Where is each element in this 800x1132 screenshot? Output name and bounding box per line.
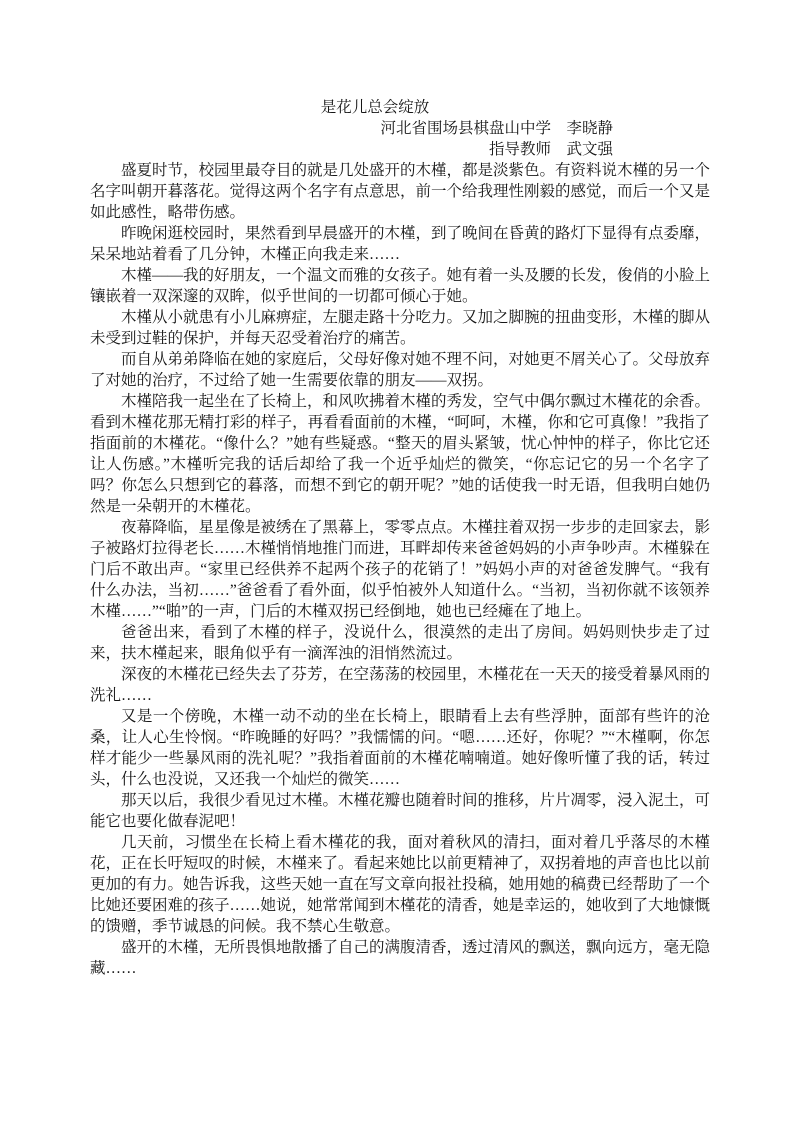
paragraph: 盛开的木槿，无所畏惧地散播了自己的满腹清香，透过清风的飘送，飘向远方，毫无隐藏……: [90, 937, 710, 979]
paragraph: 木槿陪我一起坐在了长椅上，和风吹拂着木槿的秀发，空气中偶尔飘过木槿花的余香。看到…: [90, 391, 710, 517]
essay-title: 是花儿总会绽放: [90, 97, 710, 118]
paragraph: 木槿——我的好朋友，一个温文而雅的女孩子。她有着一头及腰的长发，俊俏的小脸上镶嵌…: [90, 265, 710, 307]
paragraph: 爸爸出来，看到了木槿的样子，没说什么，很漠然的走出了房间。妈妈则快步走了过来，扶…: [90, 622, 710, 664]
paragraph: 深夜的木槿花已经失去了芬芳，在空荡荡的校园里，木槿花在一天天的接受着暴风雨的洗礼…: [90, 664, 710, 706]
byline-teacher: 指导教师 武文强: [90, 139, 710, 160]
paragraph: 而自从弟弟降临在她的家庭后，父母好像对她不理不问，对她更不屑关心了。父母放弃了对…: [90, 349, 710, 391]
paragraph: 夜幕降临，星星像是被绣在了黑幕上，零零点点。木槿拄着双拐一步步的走回家去，影子被…: [90, 517, 710, 622]
paragraph: 又是一个傍晚，木槿一动不动的坐在长椅上，眼睛看上去有些浮肿，面部有些许的沧桑，让…: [90, 706, 710, 790]
essay: 是花儿总会绽放 河北省围场县棋盘山中学 李晓静 指导教师 武文强 盛夏时节，校园…: [90, 97, 710, 979]
paragraph: 那天以后，我很少看见过木槿。木槿花瓣也随着时间的推移，片片凋零，浸入泥土，可能它…: [90, 790, 710, 832]
paragraph: 几天前，习惯坐在长椅上看木槿花的我，面对着秋风的清扫，面对着几乎落尽的木槿花，正…: [90, 832, 710, 937]
paragraph: 盛夏时节，校园里最夺目的就是几处盛开的木槿，都是淡紫色。有资料说木槿的另一个名字…: [90, 160, 710, 223]
document-page: 是花儿总会绽放 河北省围场县棋盘山中学 李晓静 指导教师 武文强 盛夏时节，校园…: [0, 0, 800, 1132]
paragraph: 昨晚闲逛校园时，果然看到早晨盛开的木槿，到了晚间在昏黄的路灯下显得有点委靡，呆呆…: [90, 223, 710, 265]
byline-school-author: 河北省围场县棋盘山中学 李晓静: [90, 118, 710, 139]
paragraph-list: 盛夏时节，校园里最夺目的就是几处盛开的木槿，都是淡紫色。有资料说木槿的另一个名字…: [90, 160, 710, 979]
paragraph: 木槿从小就患有小儿麻痹症，左腿走路十分吃力。又加之脚腕的扭曲变形，木槿的脚从未受…: [90, 307, 710, 349]
